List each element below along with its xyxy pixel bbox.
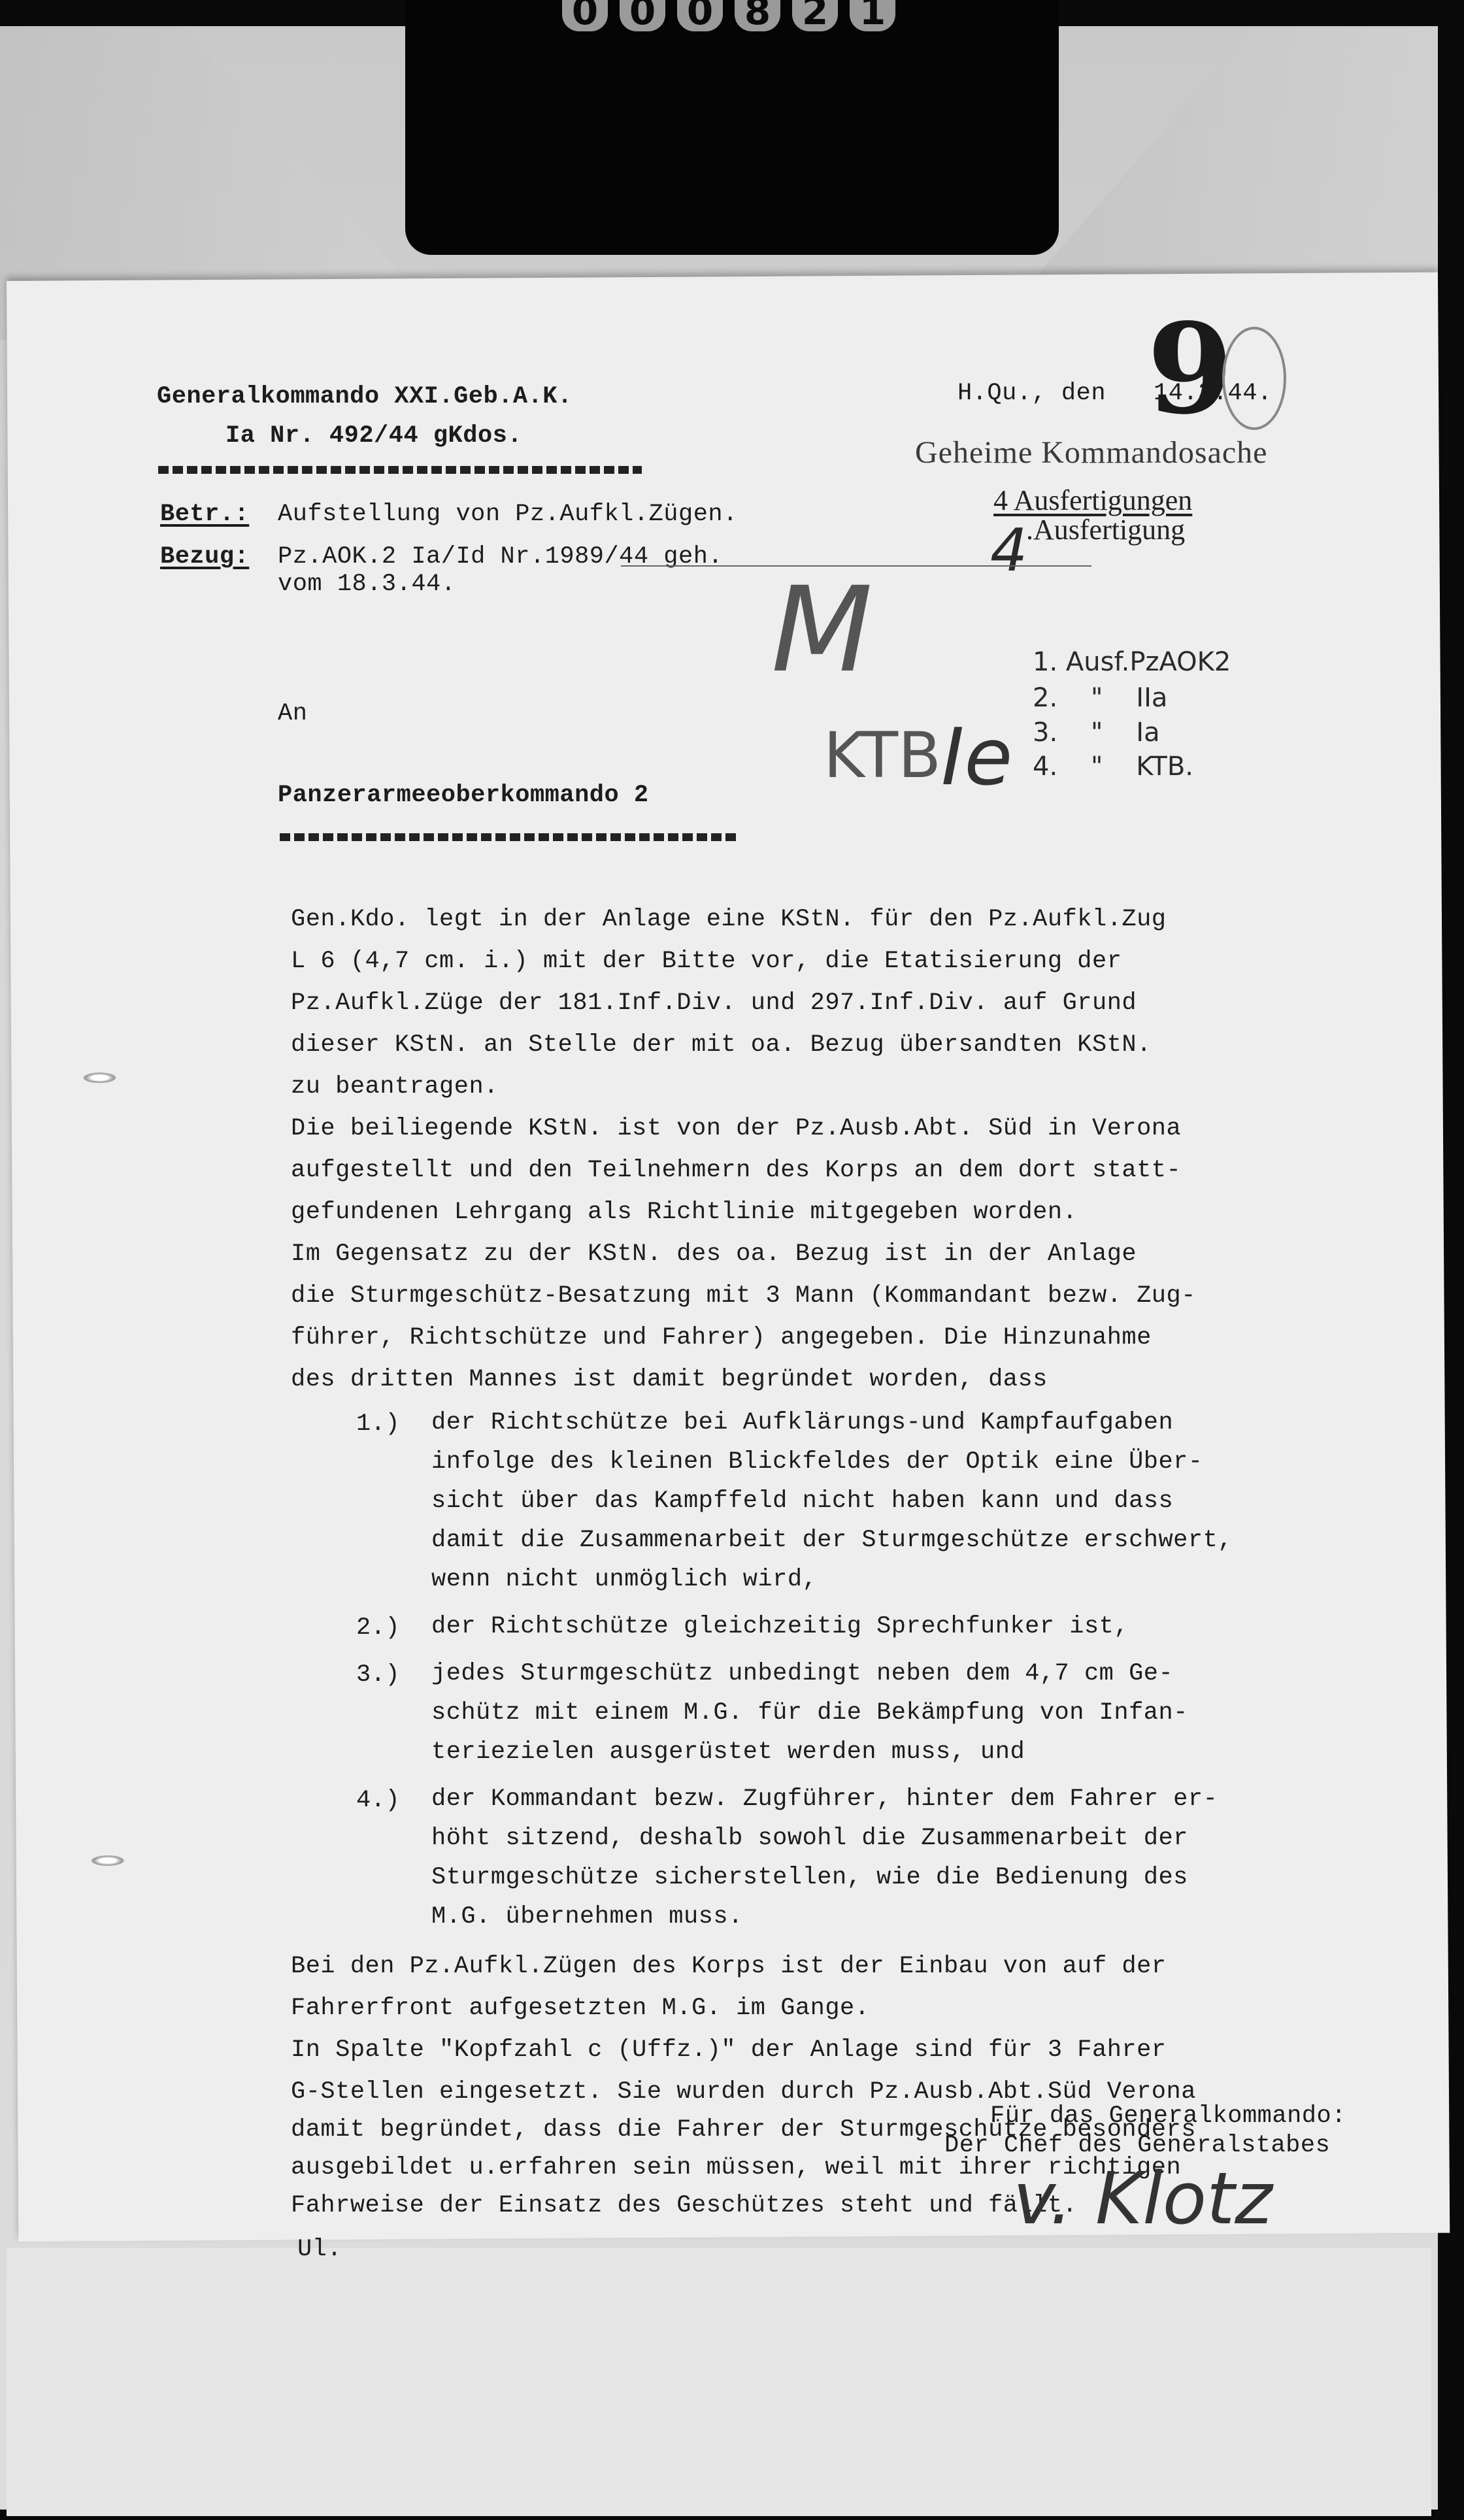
betr-text: Aufstellung von Pz.Aufkl.Zügen. [278,493,738,535]
handwritten-initial-mark: M [771,562,873,699]
body-line: zu beantragen. [291,1066,499,1108]
handwritten-ie-note: Ie [941,712,1012,803]
reason-line: der Kommandant bezw. Zugführer, hinter d… [431,1780,1218,1819]
body-line: Im Gegensatz zu der KStN. des oa. Bezug … [291,1233,1137,1275]
counter-digit: 8 [735,0,780,31]
sender-line-1: Generalkommando XXI.Geb.A.K. [157,376,573,418]
reason-line: der Richtschütze gleichzeitig Sprechfunk… [431,1607,1129,1646]
counter-digit: 0 [677,0,723,31]
body-line: Fahrweise der Einsatz des Geschützes ste… [291,2185,1077,2227]
addressee-name: Panzerarmeeoberkommando 2 [278,774,649,816]
bezug-text-2: vom 18.3.44. [278,563,456,605]
body-line: Fahrerfront aufgesetzten M.G. im Gange. [291,1987,869,2029]
counter-digit: 2 [792,0,838,31]
reason-number: 3.) [356,1654,400,1696]
classification-stamp: Geheime Kommandosache [915,435,1267,471]
reason-number: 2.) [356,1607,400,1649]
addressee-label: An [278,693,307,735]
place-date-prefix: H.Qu., den [957,373,1106,414]
body-line: gefundenen Lehrgang als Richtlinie mitge… [291,1191,1077,1233]
reason-line: M.G. übernehmen muss. [431,1897,743,1936]
betr-label: Betr.: [160,493,249,535]
copy-number-line: .Ausfertigung [1026,513,1185,546]
body-line: dieser KStN. an Stelle der mit oa. Bezug… [291,1024,1152,1066]
film-counter-lower [431,196,1033,255]
reason-line: schütz mit einem M.G. für die Bekämpfung… [431,1693,1188,1732]
body-line: aufgestellt und den Teilnehmern des Korp… [291,1150,1181,1191]
distribution-item: 4. " KTB. [1033,752,1193,782]
handwritten-signature: v. Klotz [1013,2157,1273,2240]
stamped-page-number: 9 [1147,307,1233,431]
reason-line: wenn nicht unmöglich wird, [431,1560,817,1599]
bezug-label: Bezug: [160,536,249,578]
body-line: Pz.Aufkl.Züge der 181.Inf.Div. und 297.I… [291,982,1137,1024]
handwritten-copy-number: 4 [990,516,1027,585]
punch-hole [83,1072,116,1083]
body-line: des dritten Mannes ist damit begründet w… [291,1359,1048,1401]
document-sheet-lower [7,2248,1431,2516]
pencil-circle [1222,327,1286,430]
body-line: Die beiliegende KStN. ist von der Pz.Aus… [291,1108,1181,1150]
reason-line: der Richtschütze bei Aufklärungs-und Kam… [431,1403,1173,1442]
counter-digit: 0 [562,0,608,31]
reason-line: Sturmgeschütze sicherstellen, wie die Be… [431,1858,1188,1897]
reason-line: höht sitzend, deshalb sowohl die Zusamme… [431,1819,1188,1858]
reason-line: infolge des kleinen Blickfeldes der Opti… [431,1442,1203,1482]
body-line: Gen.Kdo. legt in der Anlage eine KStN. f… [291,899,1167,940]
reason-line: sicht über das Kampffeld nicht haben kan… [431,1482,1173,1521]
distribution-item: 1. Ausf.PzAOK2 [1033,647,1231,677]
typist-initials: Ul. [297,2229,342,2270]
film-frame-counter: 0 0 0 8 2 1 [562,0,902,37]
distribution-item: 3. " Ia [1033,718,1160,748]
body-line: In Spalte "Kopfzahl c (Uffz.)" der Anlag… [291,2029,1167,2071]
body-line: führer, Richtschütze und Fahrer) angegeb… [291,1317,1152,1359]
counter-digit: 1 [850,0,895,31]
reason-line: jedes Sturmgeschütz unbedingt neben dem … [431,1654,1173,1693]
double-rule [280,833,737,841]
reason-line: teriezielen ausgerüstet werden muss, und [431,1732,1025,1772]
distribution-item: 2. " IIa [1033,683,1167,713]
body-line: Bei den Pz.Aufkl.Zügen des Korps ist der… [291,1946,1167,1987]
reason-line: damit die Zusammenarbeit der Sturmgeschü… [431,1521,1233,1560]
punch-hole [91,1855,124,1866]
handwritten-ktb-note: KTB [823,719,941,792]
copies-count: 4 Ausfertigungen [993,484,1192,517]
body-line: die Sturmgeschütz-Besatzung mit 3 Mann (… [291,1275,1196,1317]
reason-number: 4.) [356,1780,400,1821]
body-line: L 6 (4,7 cm. i.) mit der Bitte vor, die … [291,940,1122,982]
reason-number: 1.) [356,1403,400,1445]
signature-line-1: Für das Generalkommando: [990,2101,1346,2131]
sender-line-2: Ia Nr. 492/44 gKdos. [225,415,522,457]
double-rule [158,466,642,474]
counter-digit: 0 [620,0,665,31]
